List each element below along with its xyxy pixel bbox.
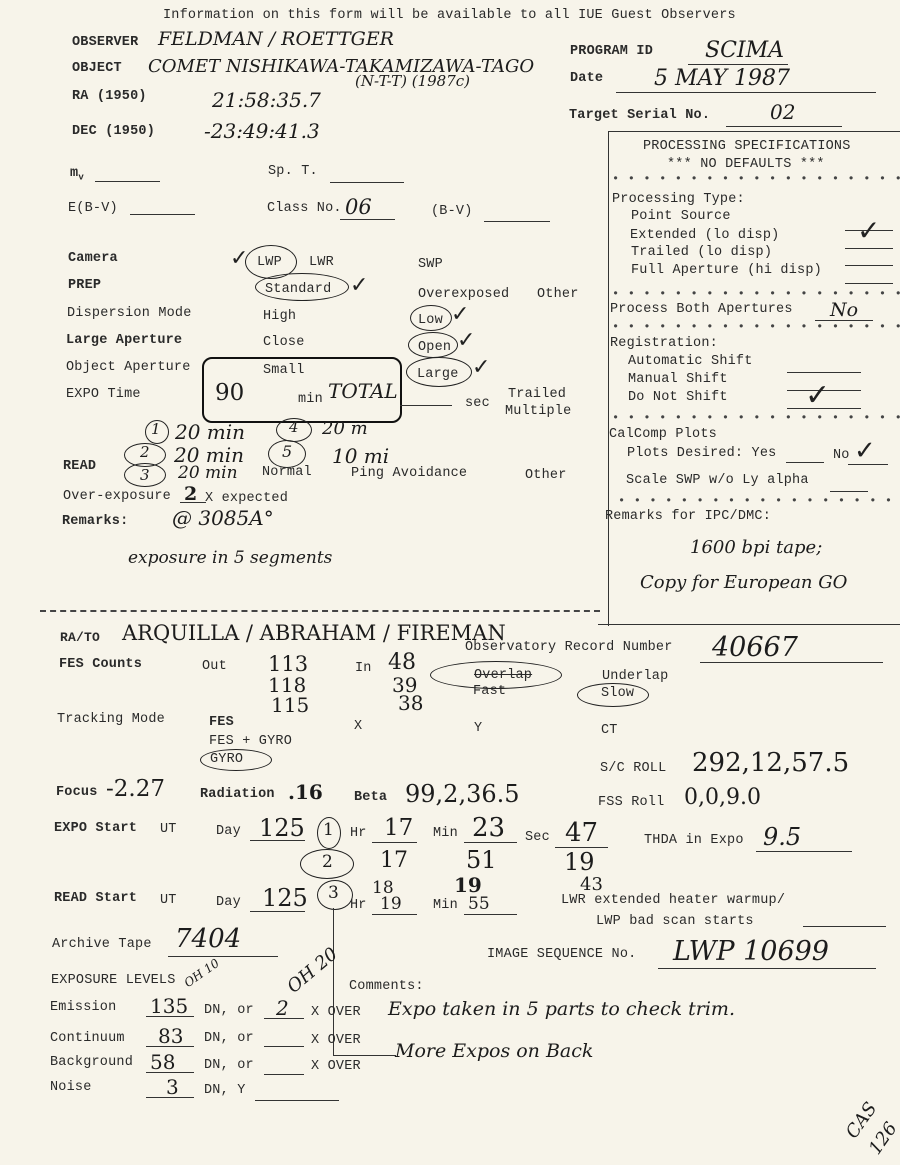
scale-swp-label: Scale SWP w/o Ly alpha <box>626 473 809 488</box>
check-mark-icon: ✓ <box>854 436 876 466</box>
prep-option-other[interactable]: Other <box>537 287 579 302</box>
expo-time-min-label: min <box>298 392 323 407</box>
processing-type-point-source[interactable]: Point Source <box>631 209 731 224</box>
background-label: Background <box>50 1055 133 1070</box>
read-hr-line <box>372 914 417 915</box>
read-option-normal[interactable]: Normal <box>262 465 312 480</box>
expo-start-ut: UT <box>160 822 177 837</box>
remarks-field[interactable]: @ 3085A° <box>172 506 274 530</box>
sc-roll-field[interactable]: 292,12,57.5 <box>692 748 849 778</box>
registration-do-not-shift[interactable]: Do Not Shift <box>628 390 728 405</box>
segment-number: 5 <box>282 442 292 461</box>
check-mark-icon: ✓ <box>457 328 475 353</box>
mv-label: mv <box>70 166 84 183</box>
rato-label: RA/TO <box>60 630 100 645</box>
panel-border-top <box>608 131 900 132</box>
archive-tape-line <box>168 956 278 957</box>
mv-field[interactable] <box>95 181 160 182</box>
program-id-label: PROGRAM ID <box>570 44 653 59</box>
segment-duration: 20 min <box>178 463 238 483</box>
read-option-other[interactable]: Other <box>525 468 567 483</box>
expo-option-multiple[interactable]: Multiple <box>505 404 571 419</box>
archive-tape-label: Archive Tape <box>52 937 152 952</box>
continuum-over-field[interactable] <box>264 1046 304 1047</box>
ipc-remarks-line1[interactable]: 1600 bpi tape; <box>690 537 822 558</box>
expo-time-sec-field[interactable] <box>400 405 452 406</box>
dn-or-label: DN, or <box>204 1058 254 1073</box>
date-line <box>616 92 876 93</box>
check-mark-icon: ✓ <box>451 302 469 327</box>
panel-border-bottom <box>598 624 900 625</box>
lwr-note-line1: LWR extended heater warmup/ <box>561 893 785 908</box>
tracking-option-fes[interactable]: FES <box>209 715 234 730</box>
expo-start-label: EXPO Start <box>54 821 137 836</box>
segment-number: 2 <box>140 443 150 461</box>
expo-sec-field[interactable]: 47 <box>565 818 598 848</box>
exposure-levels-label: EXPOSURE LEVELS <box>51 973 176 988</box>
ebv-field[interactable] <box>130 214 195 215</box>
selection-circle <box>408 332 458 358</box>
registration-label: Registration: <box>610 336 718 351</box>
target-serial-line <box>726 126 842 127</box>
record-number-label: Observatory Record Number <box>465 640 673 655</box>
large-aperture-option-close[interactable]: Close <box>263 335 305 350</box>
date-field[interactable]: 5 MAY 1987 <box>654 66 790 91</box>
object-field[interactable]: COMET NISHIKAWA-TAKAMIZAWA-TAGO <box>148 56 534 77</box>
processing-type-extended[interactable]: Extended (lo disp) <box>630 228 779 243</box>
program-id-field[interactable]: SCIMA <box>705 38 784 63</box>
check-mark-icon: ✓ <box>805 378 830 413</box>
target-serial-label: Target Serial No. <box>569 108 710 123</box>
both-apertures-field[interactable]: No <box>830 299 858 321</box>
scale-swp-field[interactable] <box>830 491 868 492</box>
background-over-field[interactable] <box>264 1074 304 1075</box>
x-over-label: X OVER <box>311 1059 361 1074</box>
x-over-label: X OVER <box>311 1005 361 1020</box>
thda-label: THDA in Expo <box>644 833 744 848</box>
thda-field[interactable]: 9.5 <box>763 823 801 851</box>
fss-roll-field[interactable]: 0,0,9.0 <box>684 785 761 810</box>
comments-line1[interactable]: Expo taken in 5 parts to check trim. <box>388 998 735 1020</box>
plots-no-label: No <box>833 448 850 463</box>
check-mark-icon: ✓ <box>857 214 880 247</box>
processing-type-extended-field[interactable] <box>845 248 893 249</box>
prep-option-overexposed[interactable]: Overexposed <box>418 287 509 302</box>
sp-t-field[interactable] <box>330 182 404 183</box>
lwr-note-field[interactable] <box>803 926 886 927</box>
emission-over-field[interactable]: 2 <box>276 996 289 1020</box>
processing-type-label: Processing Type: <box>612 192 745 207</box>
comments-line2[interactable]: More Expos on Back <box>395 1040 593 1062</box>
dotted-divider: •••••••••••••••••••••• <box>612 320 900 334</box>
read-start-label: READ Start <box>54 891 137 906</box>
archive-tape-field[interactable]: 7404 <box>175 924 241 954</box>
focus-label: Focus <box>56 785 98 800</box>
ipc-remarks-label: Remarks for IPC/DMC: <box>605 509 771 524</box>
expo-time-field[interactable]: 90 <box>215 380 244 406</box>
dispersion-option-high[interactable]: High <box>263 309 296 324</box>
dn-or-label: DN, or <box>204 1031 254 1046</box>
expo-option-trailed[interactable]: Trailed <box>508 387 566 402</box>
overexposure-line <box>180 502 206 503</box>
class-no-label: Class No. <box>267 201 342 216</box>
dec-field[interactable]: -23:49:41.3 <box>204 119 320 143</box>
ra-label: RA (1950) <box>72 89 147 104</box>
check-mark-icon: ✓ <box>350 273 368 298</box>
read-hr-label: Hr <box>350 898 367 913</box>
noise-suffix: DN, Y <box>204 1083 246 1098</box>
rato-field[interactable]: ARQUILLA / ABRAHAM / FIREMAN <box>122 621 506 645</box>
selection-circle <box>577 683 649 707</box>
fes-in-value[interactable]: 48 <box>388 650 416 675</box>
tracking-axis-y: Y <box>474 721 482 736</box>
expo-min-field[interactable]: 51 <box>466 846 497 874</box>
continuum-label: Continuum <box>50 1031 125 1046</box>
processing-type-full-aperture-field[interactable] <box>845 283 893 284</box>
segment-number: 1 <box>323 820 334 840</box>
fes-counts-label: FES Counts <box>59 657 142 672</box>
radiation-field[interactable]: .16 <box>288 780 323 804</box>
class-no-field[interactable]: 06 <box>345 195 372 219</box>
beta-field[interactable]: 99,2,36.5 <box>405 780 520 808</box>
segment-number: 3 <box>140 466 150 484</box>
fss-roll-label: FSS Roll <box>598 795 664 810</box>
section-divider <box>40 610 600 612</box>
class-no-line <box>340 219 395 220</box>
expo-sec-field[interactable]: 43 <box>580 874 603 895</box>
fes-in-label: In <box>355 661 372 676</box>
emission-label: Emission <box>50 1000 116 1015</box>
expo-hr-field[interactable]: 17 <box>384 815 413 841</box>
noise-dn-field[interactable]: 3 <box>166 1075 179 1099</box>
plots-yes-field[interactable] <box>786 462 824 463</box>
read-option-ping-avoidance[interactable]: Ping Avoidance <box>351 466 467 481</box>
x-over-label: X OVER <box>311 1033 361 1048</box>
plots-desired-label: Plots Desired: Yes <box>627 446 776 461</box>
registration-manual-shift[interactable]: Manual Shift <box>628 372 728 387</box>
continuum-dn-field[interactable]: 83 <box>158 1024 183 1048</box>
observer-field[interactable]: FELDMAN / ROETTGER <box>158 28 394 50</box>
panel-border-left <box>608 131 609 626</box>
expo-time-sec-label: sec <box>465 396 490 411</box>
emission-dn-field[interactable]: 135 <box>150 994 188 1018</box>
object-subtext: (N-T-T) (1987c) <box>355 72 470 90</box>
remarks-note: exposure in 5 segments <box>128 548 332 568</box>
image-sequence-label: IMAGE SEQUENCE No. <box>487 947 636 962</box>
image-sequence-line <box>658 968 876 969</box>
check-mark-icon: ✓ <box>472 355 490 380</box>
fes-in-value[interactable]: 38 <box>398 691 423 715</box>
selection-circle <box>255 273 349 301</box>
bv-label: (B-V) <box>431 204 473 219</box>
camera-option-lwr[interactable]: LWR <box>309 255 334 270</box>
ebv-label: E(B-V) <box>68 201 118 216</box>
read-label: READ <box>63 459 96 474</box>
dotted-divider: •••••••••••••••••••••• <box>612 172 900 186</box>
check-mark-icon: ✓ <box>230 246 248 271</box>
beta-label: Beta <box>354 790 387 805</box>
selection-circle <box>410 305 452 331</box>
overexposure-suffix: X expected <box>205 491 288 506</box>
expo-start-day-label: Day <box>216 824 241 839</box>
segment-number: 1 <box>151 420 161 438</box>
tracking-axis-ct: CT <box>601 723 618 738</box>
observer-label: OBSERVER <box>72 35 138 50</box>
camera-label: Camera <box>68 251 118 266</box>
read-start-day-label: Day <box>216 895 241 910</box>
expo-min-label: Min <box>433 826 458 841</box>
expo-sec-label: Sec <box>525 830 550 845</box>
form-notice: Information on this form will be availab… <box>163 8 736 23</box>
fes-out-label: Out <box>202 659 227 674</box>
expo-time-note: TOTAL <box>328 379 398 403</box>
object-aperture-label: Object Aperture <box>66 360 191 375</box>
noise-label: Noise <box>50 1080 92 1095</box>
processing-type-trailed-field[interactable] <box>845 265 893 266</box>
read-start-day-field[interactable]: 125 <box>262 884 308 912</box>
expo-start-day-field[interactable]: 125 <box>259 814 305 842</box>
overexposure-label: Over-exposure <box>63 489 171 504</box>
remarks-label: Remarks: <box>62 514 128 529</box>
underlap-option[interactable]: Underlap <box>602 669 668 684</box>
segment-number: 3 <box>328 883 339 903</box>
tracking-axis-x: X <box>354 719 362 734</box>
read-min-field[interactable]: 55 <box>468 894 490 914</box>
tracking-option-fes-gyro[interactable]: FES + GYRO <box>209 734 292 749</box>
comments-label: Comments: <box>349 979 424 994</box>
dec-label: DEC (1950) <box>72 124 155 139</box>
exposure-annotation: OH 10 <box>182 956 222 990</box>
registration-automatic-field[interactable] <box>787 372 861 373</box>
thda-line <box>756 851 852 852</box>
large-aperture-label: Large Aperture <box>66 333 182 348</box>
dn-or-label: DN, or <box>204 1003 254 1018</box>
read-hr-field[interactable]: 19 <box>380 894 402 914</box>
dispersion-label: Dispersion Mode <box>67 306 192 321</box>
radiation-label: Radiation <box>200 787 275 802</box>
object-label: OBJECT <box>72 61 122 76</box>
both-apertures-label: Process Both Apertures <box>610 302 793 317</box>
sc-roll-label: S/C ROLL <box>600 761 666 776</box>
ra-field[interactable]: 21:58:35.7 <box>212 88 321 112</box>
image-sequence-field[interactable]: LWP 10699 <box>673 936 829 967</box>
lwr-note-line2: LWP bad scan starts <box>596 914 754 929</box>
speed-option-fast[interactable]: Fast <box>473 684 506 699</box>
registration-automatic-shift[interactable]: Automatic Shift <box>628 354 753 369</box>
target-serial-field[interactable]: 02 <box>770 100 795 124</box>
fes-out-value[interactable]: 115 <box>271 693 309 717</box>
bv-field[interactable] <box>484 221 550 222</box>
expo-sec-field[interactable]: 19 <box>564 848 595 876</box>
processing-title: PROCESSING SPECIFICATIONS <box>643 139 851 154</box>
selection-circle <box>406 357 472 387</box>
processing-type-trailed[interactable]: Trailed (lo disp) <box>631 245 772 260</box>
segment-duration: 10 mi <box>332 444 389 468</box>
focus-field[interactable]: -2.27 <box>106 776 165 802</box>
program-id-line <box>688 64 788 65</box>
ipc-remarks-line2[interactable]: Copy for European GO <box>640 572 847 593</box>
read-min-label: Min <box>433 898 458 913</box>
noise-y-field[interactable] <box>255 1100 339 1101</box>
processing-subtitle: *** NO DEFAULTS *** <box>667 157 825 172</box>
dotted-divider: •••••••••••••••••••••• <box>618 494 900 508</box>
date-label: Date <box>570 71 603 86</box>
dotted-divider: •••••••••••••••••••••• <box>612 411 900 425</box>
selection-circle <box>200 749 272 771</box>
sp-t-label: Sp. T. <box>268 164 318 179</box>
read-min-line <box>464 914 517 915</box>
expo-time-label: EXPO Time <box>66 387 141 402</box>
expo-hr-field[interactable]: 17 <box>380 848 408 873</box>
calcomp-label: CalComp Plots <box>609 427 717 442</box>
record-number-field[interactable]: 40667 <box>712 632 798 663</box>
read-start-ut: UT <box>160 893 177 908</box>
segment-number: 4 <box>289 418 299 436</box>
segment-duration: 20 m <box>322 418 368 439</box>
segment-number: 2 <box>322 852 333 872</box>
prep-label: PREP <box>68 278 101 293</box>
processing-type-full-aperture[interactable]: Full Aperture (hi disp) <box>631 263 822 278</box>
camera-option-swp[interactable]: SWP <box>418 257 443 272</box>
segment-duration: 20 min <box>175 420 245 444</box>
tracking-mode-label: Tracking Mode <box>57 712 165 727</box>
expo-hr-label: Hr <box>350 826 367 841</box>
annotation-arrow-line <box>333 1055 396 1056</box>
background-dn-field[interactable]: 58 <box>150 1050 175 1074</box>
expo-hr-line <box>372 842 417 843</box>
expo-min-field[interactable]: 23 <box>472 813 505 843</box>
